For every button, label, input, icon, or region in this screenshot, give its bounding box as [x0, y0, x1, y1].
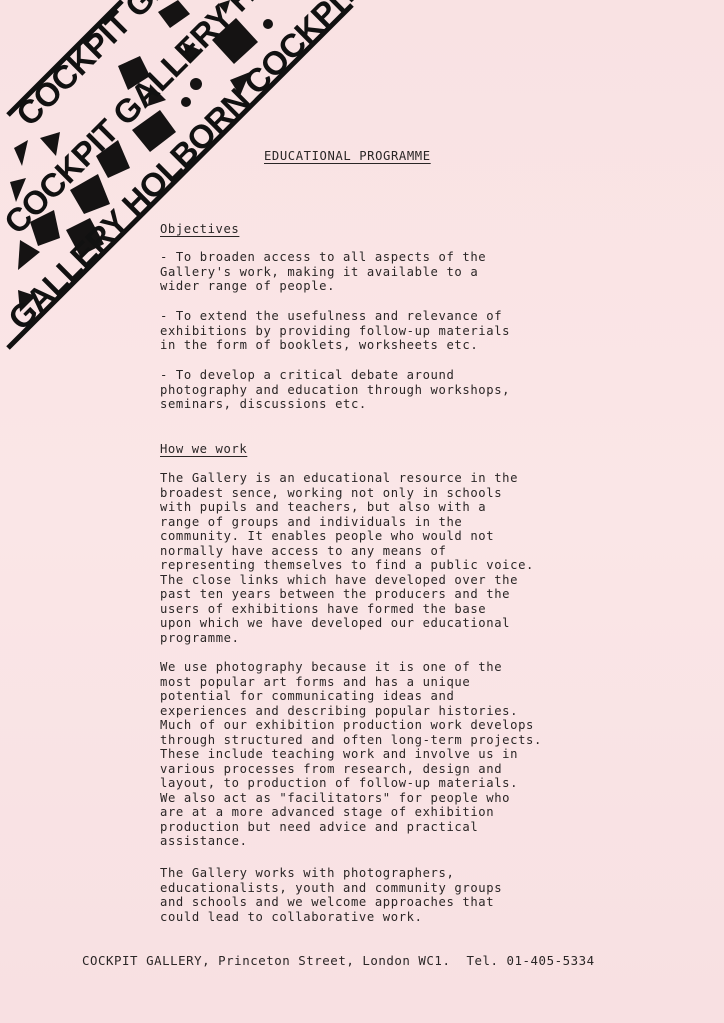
body-paragraph: We use photography because it is one of …	[160, 660, 542, 849]
objective-paragraph: - To broaden access to all aspects of th…	[160, 250, 486, 294]
document-page: COCKPIT GALLERY HOLBORN COCKPIT COCKPIT …	[0, 0, 724, 1023]
body-paragraph: The Gallery is an educational resource i…	[160, 471, 534, 645]
section-heading-objectives: Objectives	[160, 222, 239, 236]
objective-paragraph: - To develop a critical debate around ph…	[160, 368, 510, 412]
body-paragraph: The Gallery works with photographers, ed…	[160, 866, 502, 924]
section-heading-how-we-work: How we work	[160, 442, 247, 456]
objective-paragraph: - To extend the usefulness and relevance…	[160, 309, 510, 353]
cockpit-gallery-logo-banner: COCKPIT GALLERY HOLBORN COCKPIT COCKPIT …	[0, 0, 370, 360]
document-title: EDUCATIONAL PROGRAMME	[264, 149, 431, 163]
diagonal-logo-icon: COCKPIT GALLERY HOLBORN COCKPIT COCKPIT …	[0, 0, 370, 360]
footer-address: COCKPIT GALLERY, Princeton Street, Londo…	[82, 953, 595, 968]
